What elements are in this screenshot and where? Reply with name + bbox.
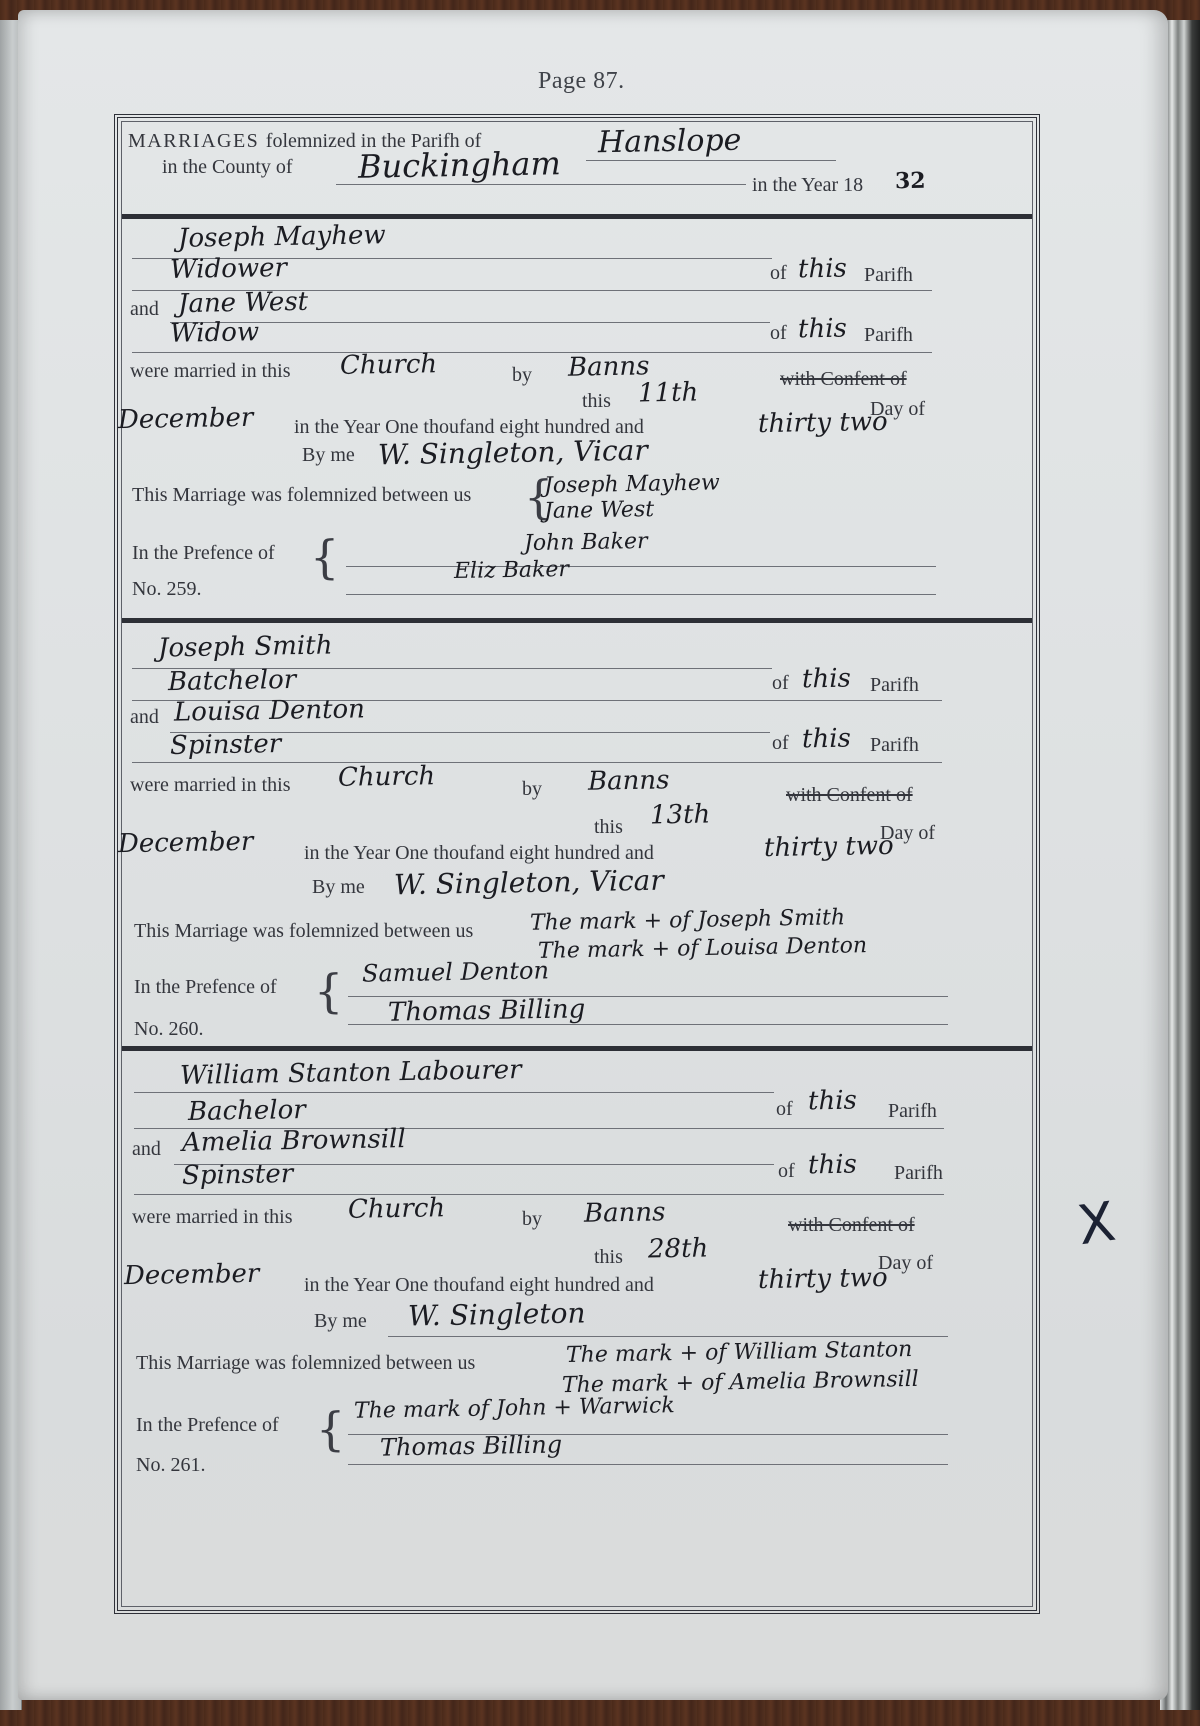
bride-parish: this: [798, 314, 847, 345]
with-consent-label: with Confent of: [786, 784, 913, 807]
year-label: in the Year 18: [752, 174, 863, 197]
parish-label: Parifh: [870, 674, 919, 697]
witness-1: John Baker: [524, 529, 648, 556]
officiant: W. Singleton, Vicar: [378, 434, 648, 472]
groom-condition: Bachelor: [188, 1095, 306, 1127]
marriage-register-form: MARRIAGES folemnized in the Parifh of Ha…: [114, 114, 1040, 1614]
groom-parish: this: [798, 254, 847, 285]
parish-name: Hanslope: [598, 123, 742, 160]
bride-parish: this: [802, 724, 851, 755]
of-label: of: [772, 732, 789, 755]
this-label: this: [594, 816, 623, 839]
bride-condition: Spinster: [182, 1159, 294, 1191]
venue: Church: [340, 349, 438, 381]
groom-name: Joseph Smith: [158, 630, 333, 663]
witness-2: Thomas Billing: [388, 994, 586, 1027]
signature-bride: The mark + of Louisa Denton: [538, 933, 867, 964]
register-page: Page 87. MARRIAGES folemnized in the Par…: [18, 10, 1168, 1700]
in-year-label: in the Year One thoufand eight hundred a…: [304, 842, 654, 865]
witness-1: The mark of John + Warwick: [354, 1393, 675, 1424]
parish-label: Parifh: [864, 264, 913, 287]
banns: Banns: [584, 1197, 666, 1228]
by-me-label: By me: [312, 876, 365, 899]
month: December: [124, 1259, 260, 1291]
and-label: and: [130, 298, 159, 321]
county-name: Buckingham: [358, 144, 561, 186]
of-label: of: [778, 1160, 795, 1183]
bride-condition: Spinster: [170, 729, 282, 761]
of-label: of: [770, 262, 787, 285]
year-words: thirty two: [758, 1263, 888, 1295]
bride-name: Jane West: [178, 287, 309, 319]
day: 28th: [648, 1233, 709, 1264]
signature-groom: The mark + of William Stanton: [566, 1337, 913, 1368]
parish-label: Parifh: [870, 734, 919, 757]
bride-parish: this: [808, 1150, 857, 1181]
of-label: of: [772, 672, 789, 695]
bride-name: Louisa Denton: [174, 694, 365, 727]
parish-label: Parifh: [894, 1162, 943, 1185]
entry-number: No. 261.: [136, 1454, 205, 1477]
groom-parish: this: [802, 664, 851, 695]
day: 13th: [650, 799, 711, 830]
with-consent-label: with Confent of: [788, 1214, 915, 1237]
title-marriages: MARRIAGES: [128, 130, 259, 152]
page-number: Page 87.: [538, 68, 625, 95]
entry-number: No. 259.: [132, 578, 201, 601]
and-label: and: [130, 706, 159, 729]
officiant: W. Singleton, Vicar: [394, 864, 664, 902]
year-words: thirty two: [764, 831, 894, 863]
county-label: in the County of: [162, 156, 293, 179]
witness-2: Thomas Billing: [380, 1430, 563, 1461]
year-value: 32: [895, 168, 926, 195]
banns: Banns: [588, 765, 670, 796]
solemnized-label: This Marriage was folemnized between us: [134, 920, 473, 943]
signature-groom: Joseph Mayhew: [544, 470, 720, 498]
groom-name: Joseph Mayhew: [178, 220, 386, 254]
solemnized-label: This Marriage was folemnized between us: [132, 484, 471, 507]
header-divider: [122, 214, 1032, 219]
groom-condition: Batchelor: [168, 665, 297, 697]
month: December: [118, 827, 254, 859]
entry-divider: [122, 1046, 1032, 1051]
bride-condition: Widow: [170, 317, 260, 349]
signature-groom: The mark + of Joseph Smith: [530, 905, 845, 935]
witness-1: Samuel Denton: [362, 956, 549, 987]
venue: Church: [338, 761, 436, 793]
this-label: this: [594, 1246, 623, 1269]
with-consent-label: with Confent of: [780, 368, 907, 391]
groom-parish: this: [808, 1086, 857, 1117]
this-label: this: [582, 390, 611, 413]
by-label: by: [522, 778, 542, 801]
by-label: by: [522, 1208, 542, 1231]
presence-label: In the Prefence of: [134, 976, 277, 999]
by-label: by: [512, 364, 532, 387]
year-words: thirty two: [758, 407, 888, 439]
of-label: of: [776, 1098, 793, 1121]
groom-name: William Stanton Labourer: [180, 1055, 522, 1091]
entry-number: No. 260.: [134, 1018, 203, 1041]
venue: Church: [348, 1193, 446, 1225]
by-me-label: By me: [314, 1310, 367, 1333]
parish-label: Parifh: [864, 324, 913, 347]
groom-condition: Widower: [170, 253, 287, 285]
month: December: [118, 403, 254, 435]
day: 11th: [638, 377, 699, 408]
married-in-label: were married in this: [130, 360, 291, 383]
signature-bride: Jane West: [544, 497, 655, 524]
by-me-label: By me: [302, 444, 355, 467]
parish-label: Parifh: [888, 1100, 937, 1123]
solemnized-label: This Marriage was folemnized between us: [136, 1352, 475, 1375]
married-in-label: were married in this: [132, 1206, 293, 1229]
entry-divider: [122, 618, 1032, 623]
of-label: of: [770, 322, 787, 345]
presence-label: In the Prefence of: [136, 1414, 279, 1437]
in-year-label: in the Year One thoufand eight hundred a…: [304, 1274, 654, 1297]
presence-label: In the Prefence of: [132, 542, 275, 565]
witness-2: Eliz Baker: [454, 557, 569, 584]
bride-name: Amelia Brownsill: [182, 1124, 406, 1158]
married-in-label: were married in this: [130, 774, 291, 797]
margin-cross-mark: X: [1074, 1190, 1119, 1258]
and-label: and: [132, 1138, 161, 1161]
officiant: W. Singleton: [408, 1296, 586, 1332]
